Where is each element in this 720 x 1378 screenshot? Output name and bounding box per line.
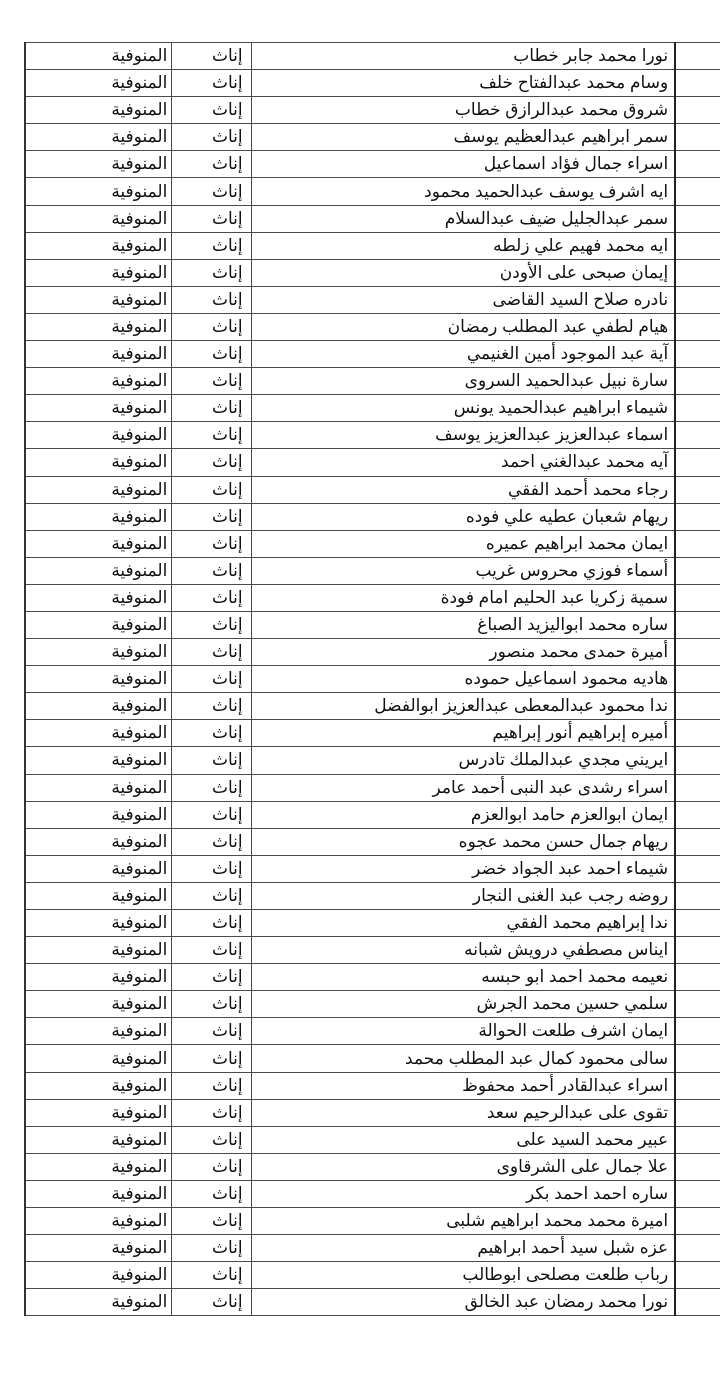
- blank-cell: [675, 43, 720, 70]
- name-cell: هيام لطفي عبد المطلب رمضان: [251, 313, 675, 340]
- governorate-cell: المنوفية: [25, 503, 172, 530]
- gender-cell: إناث: [172, 828, 251, 855]
- governorate-cell: المنوفية: [25, 639, 172, 666]
- governorate-cell: المنوفية: [25, 747, 172, 774]
- blank-cell: [675, 937, 720, 964]
- table-row: المنوفيةإناثنورا محمد رمضان عبد الخالق: [25, 1289, 720, 1316]
- blank-cell: [675, 70, 720, 97]
- table-row: المنوفيةإناثاسماء عبدالعزيز عبدالعزيز يو…: [25, 422, 720, 449]
- gender-cell: إناث: [172, 1045, 251, 1072]
- blank-cell: [675, 232, 720, 259]
- governorate-cell: المنوفية: [25, 774, 172, 801]
- blank-cell: [675, 964, 720, 991]
- gender-cell: إناث: [172, 476, 251, 503]
- name-cell: ايمان ابوالعزم حامد ابوالعزم: [251, 801, 675, 828]
- governorate-cell: المنوفية: [25, 259, 172, 286]
- table-row: المنوفيةإناثآيه محمد عبدالغني احمد: [25, 449, 720, 476]
- governorate-cell: المنوفية: [25, 313, 172, 340]
- governorate-cell: المنوفية: [25, 1072, 172, 1099]
- blank-cell: [675, 259, 720, 286]
- name-cell: إيمان صبحى على الأودن: [251, 259, 675, 286]
- governorate-cell: المنوفية: [25, 97, 172, 124]
- governorate-cell: المنوفية: [25, 341, 172, 368]
- name-cell: وسام محمد عبدالفتاح خلف: [251, 70, 675, 97]
- blank-cell: [675, 422, 720, 449]
- table-row: المنوفيةإناثعزه شبل سيد أحمد ابراهيم: [25, 1235, 720, 1262]
- blank-cell: [675, 1180, 720, 1207]
- name-cell: ساره احمد احمد بكر: [251, 1180, 675, 1207]
- governorate-cell: المنوفية: [25, 368, 172, 395]
- names-sheet: المنوفيةإناثنورا محمد جابر خطابالمنوفيةإ…: [24, 42, 720, 1316]
- gender-cell: إناث: [172, 259, 251, 286]
- blank-cell: [675, 341, 720, 368]
- table-row: المنوفيةإناثايمان اشرف طلعت الحوالة: [25, 1018, 720, 1045]
- table-row: المنوفيةإناثآية عبد الموجود أمين الغنيمي: [25, 341, 720, 368]
- name-cell: تقوى على عبدالرحيم سعد: [251, 1099, 675, 1126]
- gender-cell: إناث: [172, 530, 251, 557]
- governorate-cell: المنوفية: [25, 557, 172, 584]
- blank-cell: [675, 395, 720, 422]
- name-cell: ايمان محمد ابراهيم عميره: [251, 530, 675, 557]
- gender-cell: إناث: [172, 313, 251, 340]
- governorate-cell: المنوفية: [25, 910, 172, 937]
- gender-cell: إناث: [172, 557, 251, 584]
- table-row: المنوفيةإناثنعيمه محمد احمد ابو حبسه: [25, 964, 720, 991]
- blank-cell: [675, 1153, 720, 1180]
- name-cell: شروق محمد عبدالرازق خطاب: [251, 97, 675, 124]
- name-cell: عبير محمد السيد على: [251, 1126, 675, 1153]
- blank-cell: [675, 124, 720, 151]
- blank-cell: [675, 720, 720, 747]
- table-row: المنوفيةإناثسمية زكريا عبد الحليم امام ف…: [25, 584, 720, 611]
- gender-cell: إناث: [172, 666, 251, 693]
- gender-cell: إناث: [172, 1180, 251, 1207]
- blank-cell: [675, 503, 720, 530]
- governorate-cell: المنوفية: [25, 476, 172, 503]
- blank-cell: [675, 449, 720, 476]
- governorate-cell: المنوفية: [25, 801, 172, 828]
- gender-cell: إناث: [172, 693, 251, 720]
- governorate-cell: المنوفية: [25, 666, 172, 693]
- blank-cell: [675, 1262, 720, 1289]
- blank-cell: [675, 584, 720, 611]
- blank-cell: [675, 1018, 720, 1045]
- table-row: المنوفيةإناثايمان محمد ابراهيم عميره: [25, 530, 720, 557]
- table-row: المنوفيةإناثسلمي حسين محمد الجرش: [25, 991, 720, 1018]
- governorate-cell: المنوفية: [25, 151, 172, 178]
- gender-cell: إناث: [172, 1153, 251, 1180]
- gender-cell: إناث: [172, 70, 251, 97]
- name-cell: سمر عبدالجليل ضيف عبدالسلام: [251, 205, 675, 232]
- name-cell: أسماء فوزي محروس غريب: [251, 557, 675, 584]
- blank-cell: [675, 205, 720, 232]
- governorate-cell: المنوفية: [25, 584, 172, 611]
- table-row: المنوفيةإناثنادره صلاح السيد القاضى: [25, 286, 720, 313]
- table-row: المنوفيةإناثرباب طلعت مصلحى ابوطالب: [25, 1262, 720, 1289]
- name-cell: نورا محمد جابر خطاب: [251, 43, 675, 70]
- name-cell: روضه رجب عبد الغنى النجار: [251, 882, 675, 909]
- blank-cell: [675, 666, 720, 693]
- table-row: المنوفيةإناثسمر عبدالجليل ضيف عبدالسلام: [25, 205, 720, 232]
- gender-cell: إناث: [172, 1289, 251, 1316]
- table-row: المنوفيةإناثشيماء احمد عبد الجواد خضر: [25, 855, 720, 882]
- governorate-cell: المنوفية: [25, 882, 172, 909]
- gender-cell: إناث: [172, 151, 251, 178]
- governorate-cell: المنوفية: [25, 395, 172, 422]
- name-cell: رجاء محمد أحمد الفقي: [251, 476, 675, 503]
- gender-cell: إناث: [172, 232, 251, 259]
- name-cell: اسراء رشدى عبد النبى أحمد عامر: [251, 774, 675, 801]
- governorate-cell: المنوفية: [25, 693, 172, 720]
- gender-cell: إناث: [172, 178, 251, 205]
- blank-cell: [675, 1072, 720, 1099]
- name-cell: هاديه محمود اسماعيل حموده: [251, 666, 675, 693]
- gender-cell: إناث: [172, 1126, 251, 1153]
- blank-cell: [675, 1126, 720, 1153]
- name-cell: ندا إبراهيم محمد الفقي: [251, 910, 675, 937]
- name-cell: عزه شبل سيد أحمد ابراهيم: [251, 1235, 675, 1262]
- governorate-cell: المنوفية: [25, 1180, 172, 1207]
- governorate-cell: المنوفية: [25, 286, 172, 313]
- gender-cell: إناث: [172, 1072, 251, 1099]
- governorate-cell: المنوفية: [25, 611, 172, 638]
- table-row: المنوفيةإناثايمان ابوالعزم حامد ابوالعزم: [25, 801, 720, 828]
- name-cell: ايه محمد فهيم علي زلطه: [251, 232, 675, 259]
- gender-cell: إناث: [172, 43, 251, 70]
- table-row: المنوفيةإناثأسماء فوزي محروس غريب: [25, 557, 720, 584]
- governorate-cell: المنوفية: [25, 43, 172, 70]
- table-row: المنوفيةإناثشروق محمد عبدالرازق خطاب: [25, 97, 720, 124]
- table-row: المنوفيةإناثايناس مصطفي درويش شبانه: [25, 937, 720, 964]
- names-table: المنوفيةإناثنورا محمد جابر خطابالمنوفيةإ…: [24, 42, 720, 1316]
- name-cell: ايناس مصطفي درويش شبانه: [251, 937, 675, 964]
- table-row: المنوفيةإناثعلا جمال على الشرقاوى: [25, 1153, 720, 1180]
- name-cell: ندا محمود عبدالمعطى عبدالعزيز ابوالفضل: [251, 693, 675, 720]
- governorate-cell: المنوفية: [25, 1235, 172, 1262]
- table-row: المنوفيةإناثريهام شعبان عطيه علي فوده: [25, 503, 720, 530]
- gender-cell: إناث: [172, 937, 251, 964]
- gender-cell: إناث: [172, 774, 251, 801]
- governorate-cell: المنوفية: [25, 855, 172, 882]
- table-body: المنوفيةإناثنورا محمد جابر خطابالمنوفيةإ…: [25, 43, 720, 1316]
- name-cell: نورا محمد رمضان عبد الخالق: [251, 1289, 675, 1316]
- table-row: المنوفيةإناثندا إبراهيم محمد الفقي: [25, 910, 720, 937]
- gender-cell: إناث: [172, 991, 251, 1018]
- table-row: المنوفيةإناثاسراء عبدالقادر أحمد محفوظ: [25, 1072, 720, 1099]
- gender-cell: إناث: [172, 584, 251, 611]
- gender-cell: إناث: [172, 639, 251, 666]
- table-row: المنوفيةإناثروضه رجب عبد الغنى النجار: [25, 882, 720, 909]
- blank-cell: [675, 151, 720, 178]
- name-cell: سمية زكريا عبد الحليم امام فودة: [251, 584, 675, 611]
- gender-cell: إناث: [172, 964, 251, 991]
- gender-cell: إناث: [172, 286, 251, 313]
- table-row: المنوفيةإناثندا محمود عبدالمعطى عبدالعزي…: [25, 693, 720, 720]
- name-cell: آية عبد الموجود أمين الغنيمي: [251, 341, 675, 368]
- gender-cell: إناث: [172, 205, 251, 232]
- governorate-cell: المنوفية: [25, 991, 172, 1018]
- blank-cell: [675, 286, 720, 313]
- table-row: المنوفيةإناثساره محمد ابواليزيد الصباغ: [25, 611, 720, 638]
- blank-cell: [675, 611, 720, 638]
- table-row: المنوفيةإناثعبير محمد السيد على: [25, 1126, 720, 1153]
- governorate-cell: المنوفية: [25, 205, 172, 232]
- governorate-cell: المنوفية: [25, 1262, 172, 1289]
- governorate-cell: المنوفية: [25, 1018, 172, 1045]
- blank-cell: [675, 1289, 720, 1316]
- blank-cell: [675, 882, 720, 909]
- gender-cell: إناث: [172, 1208, 251, 1235]
- blank-cell: [675, 828, 720, 855]
- table-row: المنوفيةإناثتقوى على عبدالرحيم سعد: [25, 1099, 720, 1126]
- gender-cell: إناث: [172, 395, 251, 422]
- blank-cell: [675, 774, 720, 801]
- table-row: المنوفيةإناثإيمان صبحى على الأودن: [25, 259, 720, 286]
- governorate-cell: المنوفية: [25, 124, 172, 151]
- gender-cell: إناث: [172, 1262, 251, 1289]
- governorate-cell: المنوفية: [25, 937, 172, 964]
- name-cell: ايمان اشرف طلعت الحوالة: [251, 1018, 675, 1045]
- gender-cell: إناث: [172, 1099, 251, 1126]
- table-row: المنوفيةإناثأميرة حمدى محمد منصور: [25, 639, 720, 666]
- blank-cell: [675, 1208, 720, 1235]
- governorate-cell: المنوفية: [25, 964, 172, 991]
- blank-cell: [675, 368, 720, 395]
- name-cell: شيماء احمد عبد الجواد خضر: [251, 855, 675, 882]
- table-row: المنوفيةإناثاسراء جمال فؤاد اسماعيل: [25, 151, 720, 178]
- name-cell: نعيمه محمد احمد ابو حبسه: [251, 964, 675, 991]
- name-cell: ايه اشرف يوسف عبدالحميد محمود: [251, 178, 675, 205]
- table-row: المنوفيةإناثاميرة محمد محمد ابراهيم شلبى: [25, 1208, 720, 1235]
- blank-cell: [675, 747, 720, 774]
- name-cell: علا جمال على الشرقاوى: [251, 1153, 675, 1180]
- table-row: المنوفيةإناثسمر ابراهيم عبدالعظيم يوسف: [25, 124, 720, 151]
- table-row: المنوفيةإناثشيماء ابراهيم عبدالحميد يونس: [25, 395, 720, 422]
- gender-cell: إناث: [172, 910, 251, 937]
- governorate-cell: المنوفية: [25, 449, 172, 476]
- name-cell: ايريني مجدي عبدالملك تادرس: [251, 747, 675, 774]
- table-row: المنوفيةإناثنورا محمد جابر خطاب: [25, 43, 720, 70]
- governorate-cell: المنوفية: [25, 70, 172, 97]
- gender-cell: إناث: [172, 97, 251, 124]
- gender-cell: إناث: [172, 855, 251, 882]
- blank-cell: [675, 97, 720, 124]
- name-cell: ريهام جمال حسن محمد عجوه: [251, 828, 675, 855]
- blank-cell: [675, 801, 720, 828]
- gender-cell: إناث: [172, 611, 251, 638]
- name-cell: شيماء ابراهيم عبدالحميد يونس: [251, 395, 675, 422]
- blank-cell: [675, 1235, 720, 1262]
- governorate-cell: المنوفية: [25, 1099, 172, 1126]
- name-cell: نادره صلاح السيد القاضى: [251, 286, 675, 313]
- table-row: المنوفيةإناثسارة نبيل عبدالحميد السروى: [25, 368, 720, 395]
- table-row: المنوفيةإناثريهام جمال حسن محمد عجوه: [25, 828, 720, 855]
- gender-cell: إناث: [172, 1235, 251, 1262]
- gender-cell: إناث: [172, 503, 251, 530]
- blank-cell: [675, 557, 720, 584]
- governorate-cell: المنوفية: [25, 1208, 172, 1235]
- blank-cell: [675, 476, 720, 503]
- governorate-cell: المنوفية: [25, 828, 172, 855]
- name-cell: ريهام شعبان عطيه علي فوده: [251, 503, 675, 530]
- table-row: المنوفيةإناثهيام لطفي عبد المطلب رمضان: [25, 313, 720, 340]
- gender-cell: إناث: [172, 368, 251, 395]
- governorate-cell: المنوفية: [25, 720, 172, 747]
- blank-cell: [675, 991, 720, 1018]
- table-row: المنوفيةإناثايه محمد فهيم علي زلطه: [25, 232, 720, 259]
- gender-cell: إناث: [172, 801, 251, 828]
- blank-cell: [675, 530, 720, 557]
- blank-cell: [675, 1099, 720, 1126]
- gender-cell: إناث: [172, 1018, 251, 1045]
- table-row: المنوفيةإناثرجاء محمد أحمد الفقي: [25, 476, 720, 503]
- table-row: المنوفيةإناثساره احمد احمد بكر: [25, 1180, 720, 1207]
- table-row: المنوفيةإناثايه اشرف يوسف عبدالحميد محمو…: [25, 178, 720, 205]
- table-row: المنوفيةإناثايريني مجدي عبدالملك تادرس: [25, 747, 720, 774]
- gender-cell: إناث: [172, 882, 251, 909]
- gender-cell: إناث: [172, 422, 251, 449]
- name-cell: اسراء جمال فؤاد اسماعيل: [251, 151, 675, 178]
- name-cell: أميره إبراهيم أنور إبراهيم: [251, 720, 675, 747]
- blank-cell: [675, 910, 720, 937]
- name-cell: سالى محمود كمال عبد المطلب محمد: [251, 1045, 675, 1072]
- governorate-cell: المنوفية: [25, 1153, 172, 1180]
- governorate-cell: المنوفية: [25, 178, 172, 205]
- governorate-cell: المنوفية: [25, 1289, 172, 1316]
- table-row: المنوفيةإناثأميره إبراهيم أنور إبراهيم: [25, 720, 720, 747]
- name-cell: رباب طلعت مصلحى ابوطالب: [251, 1262, 675, 1289]
- name-cell: آيه محمد عبدالغني احمد: [251, 449, 675, 476]
- name-cell: سارة نبيل عبدالحميد السروى: [251, 368, 675, 395]
- blank-cell: [675, 1045, 720, 1072]
- name-cell: اميرة محمد محمد ابراهيم شلبى: [251, 1208, 675, 1235]
- blank-cell: [675, 693, 720, 720]
- governorate-cell: المنوفية: [25, 422, 172, 449]
- table-row: المنوفيةإناثهاديه محمود اسماعيل حموده: [25, 666, 720, 693]
- table-row: المنوفيةإناثسالى محمود كمال عبد المطلب م…: [25, 1045, 720, 1072]
- governorate-cell: المنوفية: [25, 530, 172, 557]
- blank-cell: [675, 639, 720, 666]
- name-cell: ساره محمد ابواليزيد الصباغ: [251, 611, 675, 638]
- name-cell: سلمي حسين محمد الجرش: [251, 991, 675, 1018]
- gender-cell: إناث: [172, 720, 251, 747]
- blank-cell: [675, 313, 720, 340]
- blank-cell: [675, 178, 720, 205]
- name-cell: سمر ابراهيم عبدالعظيم يوسف: [251, 124, 675, 151]
- table-row: المنوفيةإناثوسام محمد عبدالفتاح خلف: [25, 70, 720, 97]
- gender-cell: إناث: [172, 747, 251, 774]
- governorate-cell: المنوفية: [25, 232, 172, 259]
- name-cell: أميرة حمدى محمد منصور: [251, 639, 675, 666]
- governorate-cell: المنوفية: [25, 1045, 172, 1072]
- governorate-cell: المنوفية: [25, 1126, 172, 1153]
- gender-cell: إناث: [172, 124, 251, 151]
- table-row: المنوفيةإناثاسراء رشدى عبد النبى أحمد عا…: [25, 774, 720, 801]
- gender-cell: إناث: [172, 341, 251, 368]
- name-cell: اسماء عبدالعزيز عبدالعزيز يوسف: [251, 422, 675, 449]
- gender-cell: إناث: [172, 449, 251, 476]
- name-cell: اسراء عبدالقادر أحمد محفوظ: [251, 1072, 675, 1099]
- blank-cell: [675, 855, 720, 882]
